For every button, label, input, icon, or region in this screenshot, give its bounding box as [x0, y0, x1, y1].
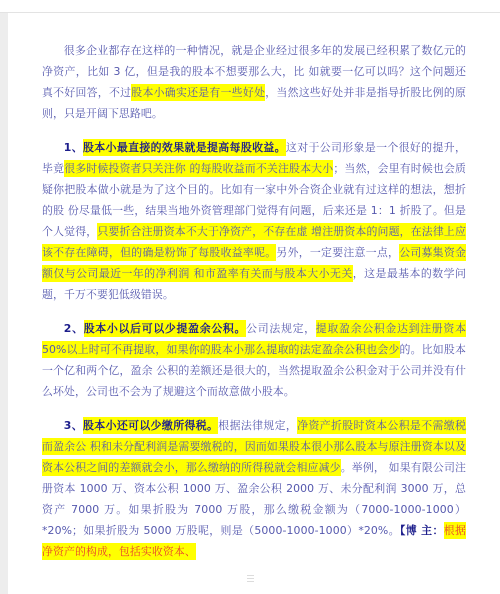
object-anchor-mark: [247, 575, 254, 584]
text-segment: 3、: [64, 419, 83, 432]
document-body: 很多企业都存在这样的一种情况，就是企业经过很多年的发展已经积累了数亿元的净资产，…: [42, 40, 466, 562]
text-segment: 2、: [64, 322, 84, 335]
text-segment: 股本小最直接的效果就是提高每股收益。: [83, 139, 286, 156]
text-segment: 股本小确实还是有一些好处: [131, 84, 265, 101]
paragraph-3: 2、股本小以后可以少提盈余公积。公司法规定，提取盈余公积金达到注册资本 50%以…: [42, 318, 466, 402]
text-segment: 另外，一定要注意一点，: [276, 246, 399, 259]
paragraph-4: 3、股本小还可以少缴所得税。根据法律规定，净资产折股时资本公积是不需缴税而盈余公…: [42, 415, 466, 562]
text-segment: 根据法律规定，: [218, 419, 297, 432]
text-segment: 公司法规定，: [246, 322, 316, 335]
text-segment: 1、: [64, 141, 83, 154]
text-segment: 股本小以后可以少提盈余公积。: [84, 320, 246, 337]
paragraph-1: 很多企业都存在这样的一种情况，就是企业经过很多年的发展已经积累了数亿元的净资产，…: [42, 40, 466, 124]
page-left-margin: [0, 13, 8, 594]
text-segment: 股本小还可以少缴所得税。: [83, 417, 218, 434]
text-segment: 【博 主：: [400, 524, 444, 537]
document-page: 很多企业都存在这样的一种情况，就是企业经过很多年的发展已经积累了数亿元的净资产，…: [8, 13, 500, 594]
paragraph-2: 1、股本小最直接的效果就是提高每股收益。这对于公司形象是一个很好的提升， 毕竟很…: [42, 137, 466, 305]
text-segment: 很多时候投资者只关注你 的每股收益而不关注股本大小: [64, 160, 333, 177]
